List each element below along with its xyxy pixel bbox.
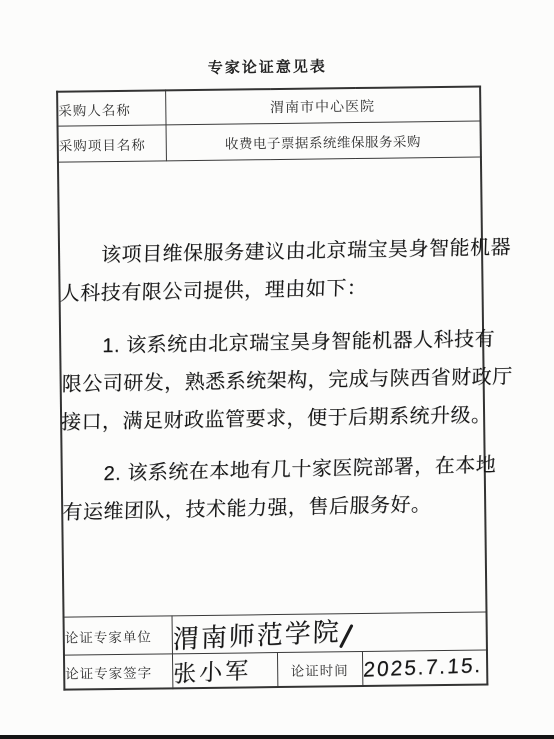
row-project: 采购项目名称 收费电子票据系统维保服务采购 [58,121,481,162]
expert-unit-value-cell: 渭南师范学院 [172,612,487,654]
opinion-paragraph-intro: 该项目维保服务建议由北京瑞宝昊身智能机器人科技有限公司提供，理由如下： [59,228,513,313]
row-expert-unit: 论证专家单位 渭南师范学院 [64,612,487,655]
scanned-document-page: 专家论证意见表 采购人名称 渭南市中心医院 采购项目名称 收费电子票据系统维保服… [0,0,554,739]
opinion-form-table: 采购人名称 渭南市中心医院 采购项目名称 收费电子票据系统维保服务采购 该项目维… [56,86,488,691]
purchaser-value: 渭南市中心医院 [165,87,480,125]
row-opinion: 该项目维保服务建议由北京瑞宝昊身智能机器人科技有限公司提供，理由如下： 1. 该… [58,157,487,617]
page-title: 专家论证意见表 [56,54,479,80]
expert-unit-handwritten-value: 渭南师范学院 [172,611,341,656]
project-value: 收费电子票据系统维保服务采购 [166,121,481,161]
expert-signature-value-cell: 张小军 [172,653,277,689]
expert-unit-label: 论证专家单位 [64,616,172,655]
demonstration-time-value-cell: 2025.7.15. [362,650,487,686]
opinion-paragraph-2: 2. 该系统在本地有几十家医院部署，在本地有运维团队，技术能力强，售后服务好。 [62,445,516,531]
purchaser-label: 采购人名称 [57,90,165,126]
expert-signature-handwritten-value: 张小军 [172,652,251,689]
row-signature: 论证专家签字 张小军 论证时间 2025.7.15. [64,650,487,690]
expert-signature-label: 论证专家签字 [64,654,172,690]
paper-sheet: 专家论证意见表 采购人名称 渭南市中心医院 采购项目名称 收费电子票据系统维保服… [0,0,554,739]
opinion-paragraph-1: 1. 该系统由北京瑞宝昊身智能机器人科技有限公司研发，熟悉系统架构，完成与陕西省… [61,319,515,441]
demonstration-time-label: 论证时间 [277,652,362,688]
scanner-edge-shadow [0,735,554,739]
demonstration-time-handwritten-value: 2025.7.15. [362,653,483,682]
project-label: 采购项目名称 [58,125,166,162]
opinion-cell: 该项目维保服务建议由北京瑞宝昊身智能机器人科技有限公司提供，理由如下： 1. 该… [58,157,487,617]
row-purchaser: 采购人名称 渭南市中心医院 [57,87,480,127]
